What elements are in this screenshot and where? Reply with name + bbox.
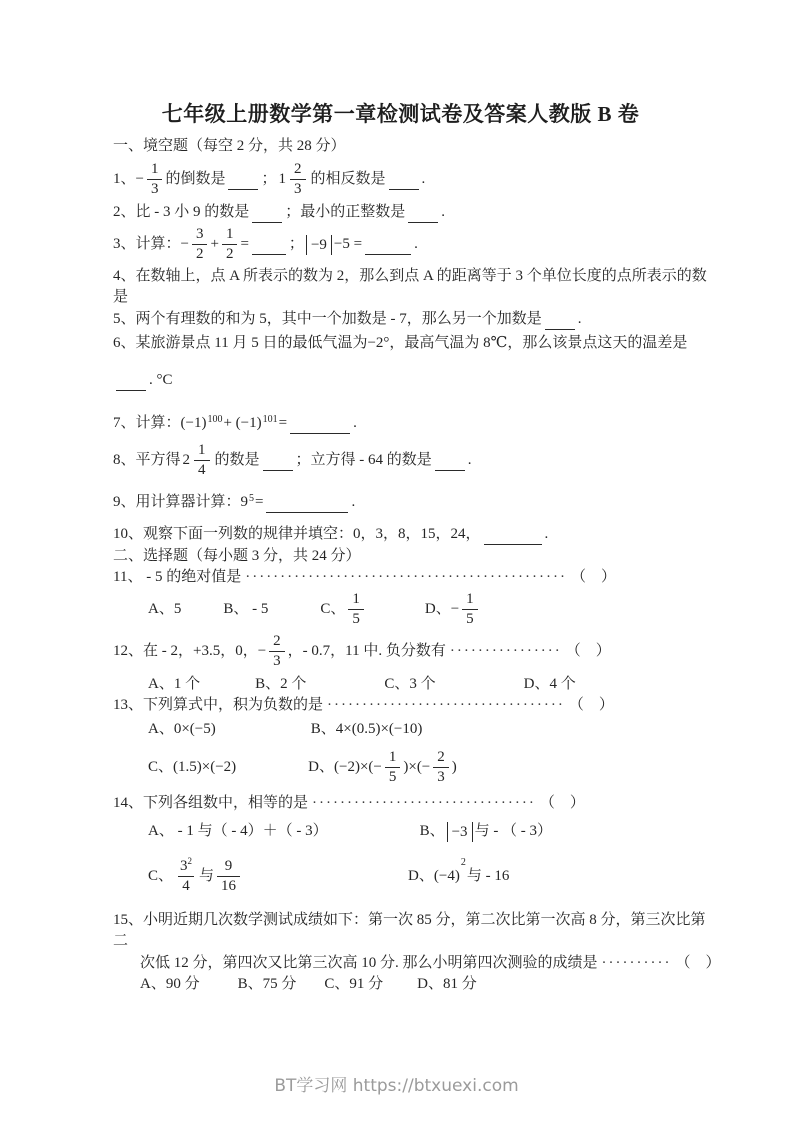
spacer	[383, 984, 417, 985]
text: A、 - 1 与（ - 4）＋（ - 3）	[148, 821, 328, 842]
text: )	[452, 757, 457, 778]
text: 的倒数是	[165, 169, 225, 190]
text: .	[441, 202, 445, 223]
text: 10、观察下面一列数的规律并填空：0，3，8，15，24，	[113, 524, 481, 545]
text: 与 - （ - 3）	[475, 821, 553, 842]
superscript: 101	[263, 414, 278, 426]
text: =	[240, 234, 248, 255]
text: .	[353, 413, 357, 434]
answer-blank	[252, 208, 282, 223]
text: 13、下列算式中，积为负数的是	[113, 695, 323, 716]
question-13-options-ab: A、0×(−5)B、4×(0.5)×(−10)	[113, 719, 688, 740]
text: +	[210, 234, 218, 255]
text: （ ）	[540, 793, 585, 814]
question-6-line-2: . °C	[113, 370, 688, 391]
text: （ ）	[675, 953, 720, 974]
answer-blank	[290, 419, 350, 434]
question-15-options: A、90 分B、75 分C、91 分D、81 分	[113, 974, 688, 995]
dotted-leader: ················	[450, 641, 562, 662]
fraction: 13	[147, 159, 163, 200]
text: (−1)	[181, 413, 207, 434]
answer-blank	[408, 208, 438, 223]
dotted-leader: ································	[312, 793, 536, 814]
answer-blank	[484, 530, 542, 545]
text: 11、 - 5 的绝对值是	[113, 567, 241, 588]
answer-blank	[116, 376, 146, 391]
question-13: 13、下列算式中，积为负数的是·························…	[113, 695, 688, 716]
text: ；立方得 - 64 的数是	[296, 450, 432, 471]
question-9: 9、用计算器计算：95 =.	[113, 492, 688, 513]
spacer	[243, 876, 408, 877]
text: )×(−	[403, 757, 430, 778]
spacer	[436, 684, 524, 685]
question-6-line-1: 6、某旅游景点 11 月 5 日的最低气温为−2°，最高气温为 8℃，那么该景点…	[113, 333, 688, 354]
text: −5 =	[334, 234, 362, 255]
text: （ ）	[571, 567, 616, 588]
fraction: 324	[176, 856, 196, 897]
fraction: 23	[290, 159, 306, 200]
text: 3、计算：	[113, 234, 181, 255]
superscript: 5	[249, 493, 254, 505]
question-4-line-2: 是	[113, 287, 688, 308]
text: .	[578, 309, 582, 330]
spacer	[216, 729, 311, 730]
text: C、3 个	[384, 674, 435, 695]
spacer	[236, 767, 308, 768]
text: C、	[148, 866, 173, 887]
section-1-heading: 一、境空题（每空 2 分，共 28 分）	[113, 136, 688, 157]
fraction: 916	[217, 856, 240, 897]
answer-blank	[389, 175, 419, 190]
spacer	[268, 609, 320, 610]
text: 7、计算：	[113, 413, 181, 434]
question-8: 8、平方得 214 的数是；立方得 - 64 的数是.	[113, 440, 688, 481]
text: 二	[113, 931, 128, 952]
text: A、5	[148, 599, 181, 620]
page-title: 七年级上册数学第一章检测试卷及答案人教版 B 卷	[113, 0, 688, 129]
text: 9	[241, 492, 249, 513]
text: B、4×(0.5)×(−10)	[311, 719, 423, 740]
text: 2、比 - 3 小 9 的数是	[113, 202, 249, 223]
text: D、(−4)	[408, 866, 460, 887]
text: . °C	[149, 370, 173, 391]
text: D、−	[425, 599, 459, 620]
text: =	[279, 413, 287, 434]
text: 8、平方得	[113, 450, 181, 471]
text: D、81 分	[417, 974, 477, 995]
text: 与 - 16	[467, 866, 510, 887]
text: ；	[261, 169, 276, 190]
question-15-line-1: 15、小明近期几次数学测试成绩如下：第一次 85 分，第二次比第一次高 8 分，…	[113, 910, 688, 931]
answer-blank	[545, 315, 575, 330]
text: A、0×(−5)	[148, 719, 216, 740]
text: 14、下列各组数中，相等的是	[113, 793, 308, 814]
text: .	[422, 169, 426, 190]
fraction: 15	[385, 747, 401, 788]
text: ，- 0.7，11 中. 负分数有	[288, 641, 446, 662]
footer-site-link[interactable]: BT学习网 https://btxuexi.com	[274, 1076, 518, 1096]
text: 15、小明近期几次数学测试成绩如下：第一次 85 分，第二次比第一次高 8 分，…	[113, 910, 706, 931]
fraction: 14	[194, 440, 210, 481]
fraction: 15	[462, 589, 478, 630]
question-2: 2、比 - 3 小 9 的数是；最小的正整数是.	[113, 202, 688, 223]
question-14-options-ab: A、 - 1 与（ - 4）＋（ - 3）B、−3 与 - （ - 3）	[113, 821, 688, 842]
superscript: 100	[207, 414, 222, 426]
text: C、(1.5)×(−2)	[148, 757, 236, 778]
text: =	[255, 492, 263, 513]
text: 是	[113, 287, 128, 308]
spacer	[200, 984, 238, 985]
text: 一、境空题（每空 2 分，共 28 分）	[113, 136, 346, 157]
spacer	[296, 984, 324, 985]
section-2-heading: 二、选择题（每小题 3 分，共 24 分）	[113, 546, 688, 567]
question-4-line-1: 4、在数轴上，点 A 所表示的数为 2，那么到点 A 的距离等于 3 个单位长度…	[113, 266, 688, 287]
question-12: 12、在 - 2，+3.5，0，−23，- 0.7，11 中. 负分数有····…	[113, 631, 688, 672]
fraction: 32	[192, 224, 208, 265]
text: .	[351, 492, 355, 513]
text: 5、两个有理数的和为 5，其中一个加数是 - 7，那么另一个加数是	[113, 309, 542, 330]
spacer	[328, 831, 420, 832]
text: ；	[289, 234, 304, 255]
question-14-options-cd: C、324 与 916D、(−4)2 与 - 16	[113, 856, 688, 897]
text: .	[468, 450, 472, 471]
question-12-options: A、1 个B、2 个C、3 个D、4 个	[113, 674, 688, 695]
fraction: 23	[433, 747, 449, 788]
text: B、	[420, 821, 445, 842]
question-3: 3、计算：−32+12=；−9−5 =.	[113, 224, 688, 265]
answer-blank	[263, 456, 293, 471]
fraction: 12	[222, 224, 238, 265]
text: B、75 分	[238, 974, 297, 995]
dotted-leader: ··········	[602, 953, 672, 974]
text: D、(−2)×(−	[308, 757, 382, 778]
text: 次低 12 分，第四次又比第三次高 10 分. 那么小明第四次测验的成绩是	[140, 953, 598, 974]
text: 9、用计算器计算：	[113, 492, 241, 513]
fraction: 15	[348, 589, 364, 630]
text: 的数是	[215, 450, 260, 471]
document-lines: 一、境空题（每空 2 分，共 28 分）1、−13 的倒数是；123 的相反数是…	[113, 136, 688, 995]
spacer	[181, 609, 223, 610]
mixed-number: 214	[183, 440, 213, 481]
text: B、 - 5	[223, 599, 268, 620]
spacer	[306, 684, 384, 685]
exam-page: 七年级上册数学第一章检测试卷及答案人教版 B 卷 一、境空题（每空 2 分，共 …	[0, 0, 793, 995]
absolute-value: −3	[447, 822, 473, 842]
text: .	[414, 234, 418, 255]
text: −	[181, 234, 189, 255]
text: D、4 个	[524, 674, 576, 695]
question-7: 7、计算：(−1)100 + (−1)101 =.	[113, 413, 688, 434]
text: C、91 分	[324, 974, 383, 995]
text: 二、选择题（每小题 3 分，共 24 分）	[113, 546, 361, 567]
spacer	[200, 684, 255, 685]
question-10: 10、观察下面一列数的规律并填空：0，3，8，15，24，.	[113, 524, 688, 545]
text: 6、某旅游景点 11 月 5 日的最低气温为−2°，最高气温为 8℃，那么该景点…	[113, 333, 687, 354]
superscript: 2	[461, 857, 466, 869]
text: （ ）	[566, 641, 611, 662]
text: 1、−	[113, 169, 144, 190]
question-14: 14、下列各组数中，相等的是··························…	[113, 793, 688, 814]
footer: BT学习网 https://btxuexi.com	[0, 1071, 793, 1096]
text: 与	[199, 866, 214, 887]
question-11-options: A、5B、 - 5C、15D、−15	[113, 589, 688, 630]
question-11: 11、 - 5 的绝对值是···························…	[113, 567, 688, 588]
question-5: 5、两个有理数的和为 5，其中一个加数是 - 7，那么另一个加数是.	[113, 309, 688, 330]
question-15-line-2: 二	[113, 931, 688, 952]
fraction: 23	[269, 631, 285, 672]
text: .	[545, 524, 549, 545]
text: （ ）	[569, 695, 614, 716]
dotted-leader: ··································	[327, 695, 565, 716]
absolute-value: −9	[306, 235, 332, 255]
text: ；最小的正整数是	[285, 202, 405, 223]
answer-blank	[266, 498, 348, 513]
answer-blank	[365, 240, 411, 255]
text: 4、在数轴上，点 A 所表示的数为 2，那么到点 A 的距离等于 3 个单位长度…	[113, 266, 707, 287]
dotted-leader: ········································…	[245, 567, 567, 588]
answer-blank	[435, 456, 465, 471]
text: 12、在 - 2，+3.5，0，−	[113, 641, 266, 662]
mixed-number: 123	[279, 159, 309, 200]
spacer	[367, 609, 425, 610]
text: A、1 个	[148, 674, 200, 695]
question-15-line-3: 次低 12 分，第四次又比第三次高 10 分. 那么小明第四次测验的成绩是···…	[113, 953, 688, 974]
text: B、2 个	[255, 674, 306, 695]
question-1: 1、−13 的倒数是；123 的相反数是.	[113, 159, 688, 200]
answer-blank	[228, 175, 258, 190]
answer-blank	[252, 240, 286, 255]
text: C、	[320, 599, 345, 620]
text: A、90 分	[140, 974, 200, 995]
text: 的相反数是	[311, 169, 386, 190]
question-13-options-cd: C、(1.5)×(−2)D、(−2)×(−15)×(−23)	[113, 747, 688, 788]
text: + (−1)	[223, 413, 261, 434]
